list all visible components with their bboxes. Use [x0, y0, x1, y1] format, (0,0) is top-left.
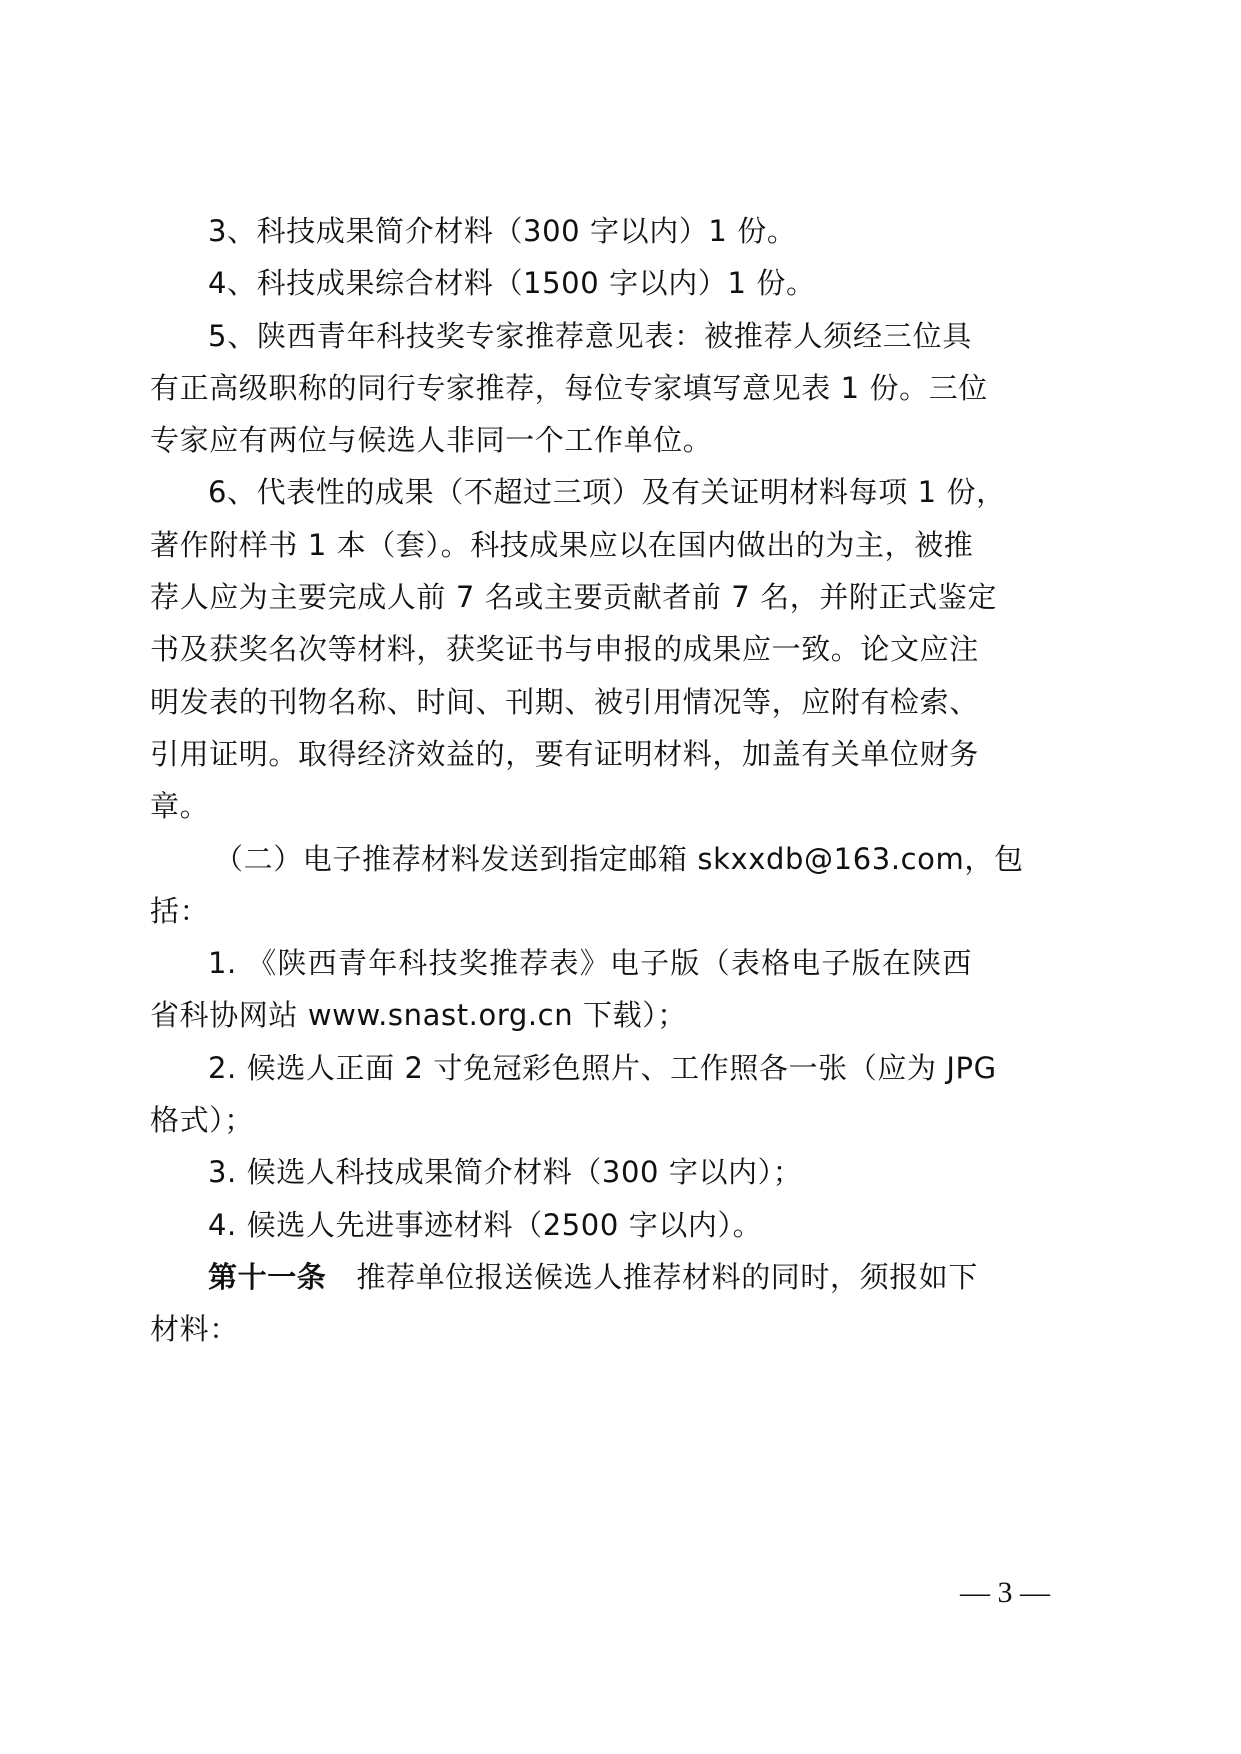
article-11-line-2: 材料：: [150, 1303, 972, 1355]
paper-item-5-line-2: 有正高级职称的同行专家推荐，每位专家填写意见表 1 份。三位: [150, 362, 972, 414]
paper-item-6-line-2: 著作附样书 1 本（套）。科技成果应以在国内做出的为主，被推: [150, 519, 972, 571]
page-number: — 3 —: [960, 1578, 1050, 1608]
paper-item-6-line-3: 荐人应为主要完成人前 7 名或主要贡献者前 7 名，并附正式鉴定: [150, 571, 972, 623]
electronic-materials-heading-line-1: （二）电子推荐材料发送到指定邮箱 skxxdb@163.com，包: [150, 833, 972, 885]
article-text: 推荐单位报送候选人推荐材料的同时，须报如下: [356, 1260, 978, 1294]
paper-item-4: 4、科技成果综合材料（1500 字以内）1 份。: [150, 257, 972, 309]
article-11-line-1: 第十一条推荐单位报送候选人推荐材料的同时，须报如下: [150, 1251, 972, 1303]
article-heading: 第十一条: [208, 1260, 326, 1294]
paper-item-3: 3、科技成果简介材料（300 字以内）1 份。: [150, 205, 972, 257]
electronic-item-2-line-1: 2. 候选人正面 2 寸免冠彩色照片、工作照各一张（应为 JPG: [150, 1042, 972, 1094]
electronic-item-3: 3. 候选人科技成果简介材料（300 字以内）；: [150, 1146, 972, 1198]
paper-item-6-line-5: 明发表的刊物名称、时间、刊期、被引用情况等，应附有检索、: [150, 676, 972, 728]
paper-item-6-line-4: 书及获奖名次等材料，获奖证书与申报的成果应一致。论文应注: [150, 623, 972, 675]
electronic-item-1-line-1: 1. 《陕西青年科技奖推荐表》电子版（表格电子版在陕西: [150, 937, 972, 989]
document-body: 3、科技成果简介材料（300 字以内）1 份。 4、科技成果综合材料（1500 …: [150, 205, 972, 1356]
document-page: 3、科技成果简介材料（300 字以内）1 份。 4、科技成果综合材料（1500 …: [0, 0, 1241, 1754]
paper-item-5-line-3: 专家应有两位与候选人非同一个工作单位。: [150, 414, 972, 466]
electronic-item-1-line-2: 省科协网站 www.snast.org.cn 下载）；: [150, 989, 972, 1041]
paper-item-5-line-1: 5、陕西青年科技奖专家推荐意见表：被推荐人须经三位具: [150, 310, 972, 362]
electronic-item-2-line-2: 格式）；: [150, 1094, 972, 1146]
electronic-item-4: 4. 候选人先进事迹材料（2500 字以内）。: [150, 1199, 972, 1251]
paper-item-6-line-6: 引用证明。取得经济效益的，要有证明材料，加盖有关单位财务: [150, 728, 972, 780]
paper-item-6-line-7: 章。: [150, 780, 972, 832]
electronic-materials-heading-line-2: 括：: [150, 885, 972, 937]
paper-item-6-line-1: 6、代表性的成果（不超过三项）及有关证明材料每项 1 份，: [150, 466, 972, 518]
